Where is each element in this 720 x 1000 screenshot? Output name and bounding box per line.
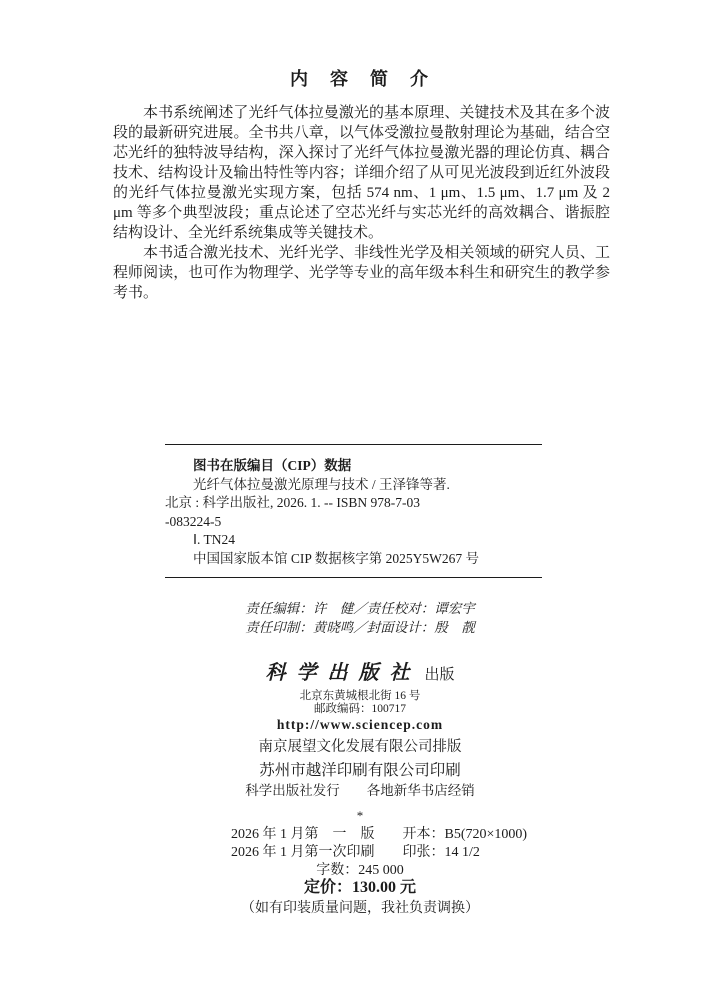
cip-title-author: 光纤气体拉曼激光原理与技术 / 王泽锋等著. — [165, 476, 542, 495]
typesetting-company: 南京展望文化发展有限公司排版 — [0, 738, 720, 757]
edition-details: 2026 年 1 月第 一 版 开本：B5(720×1000) 2026 年 1… — [0, 826, 720, 880]
publisher-block: 科学出版社出版 北京东黄城根北街 16 号 邮政编码：100717 http:/… — [0, 662, 720, 732]
staff-credits: 责任编辑：许 健／责任校对：谭宏宇 责任印制：黄晓鸣／封面设计：殷 靓 — [0, 599, 720, 637]
publisher-address: 北京东黄城根北街 16 号 — [0, 690, 720, 702]
printing-company: 苏州市越洋印刷有限公司印刷 — [0, 761, 720, 781]
edition-details-inner: 2026 年 1 月第 一 版 开本：B5(720×1000) 2026 年 1… — [231, 826, 489, 880]
distribution-line: 科学出版社发行 各地新华书店经销 — [0, 782, 720, 800]
cip-data-block: 图书在版编目（CIP）数据 光纤气体拉曼激光原理与技术 / 王泽锋等著. 北京 … — [165, 444, 542, 578]
science-press-logotype: 科学出版社 — [265, 662, 420, 684]
summary-paragraph-2: 本书适合激光技术、光纤光学、非线性光学及相关领域的研究人员、工程师阅读，也可作为… — [113, 243, 610, 303]
publisher-website: http://www.sciencep.com — [0, 718, 720, 732]
cip-imprint-isbn: 北京 : 科学出版社, 2026. 1. -- ISBN 978-7-03 — [165, 494, 542, 513]
edition-line: 2026 年 1 月第 一 版 开本：B5(720×1000) — [231, 826, 489, 844]
production-block: 南京展望文化发展有限公司排版 苏州市越洋印刷有限公司印刷 科学出版社发行 各地新… — [0, 738, 720, 823]
cip-heading: 图书在版编目（CIP）数据 — [165, 457, 542, 476]
credits-editor-proofreader: 责任编辑：许 健／责任校对：谭宏宇 — [0, 599, 720, 618]
publisher-postal-code: 邮政编码：100717 — [0, 703, 720, 715]
cip-registry-number: 中国国家版本馆 CIP 数据核字第 2025Y5W267 号 — [165, 550, 542, 569]
credits-printer-designer: 责任印制：黄晓鸣／封面设计：殷 靓 — [0, 618, 720, 637]
publisher-suffix: 出版 — [424, 667, 454, 683]
publisher-logo-line: 科学出版社出版 — [0, 662, 720, 686]
printing-line: 2026 年 1 月第一次印刷 印张：14 1/2 — [231, 844, 489, 862]
quality-replacement-notice: （如有印装质量问题，我社负责调换） — [0, 899, 720, 918]
divider-asterisk: * — [0, 809, 720, 823]
copyright-page: 内 容 简 介 本书系统阐述了光纤气体拉曼激光的基本原理、关键技术及其在多个波段… — [0, 0, 720, 1000]
cip-isbn-continuation: -083224-5 — [165, 513, 542, 532]
content-summary: 本书系统阐述了光纤气体拉曼激光的基本原理、关键技术及其在多个波段的最新研究进展。… — [113, 103, 610, 303]
price-line: 定价：130.00 元 — [0, 878, 720, 898]
cip-classification: Ⅰ. TN24 — [165, 531, 542, 550]
content-summary-heading: 内 容 简 介 — [0, 65, 720, 91]
summary-paragraph-1: 本书系统阐述了光纤气体拉曼激光的基本原理、关键技术及其在多个波段的最新研究进展。… — [113, 103, 610, 243]
